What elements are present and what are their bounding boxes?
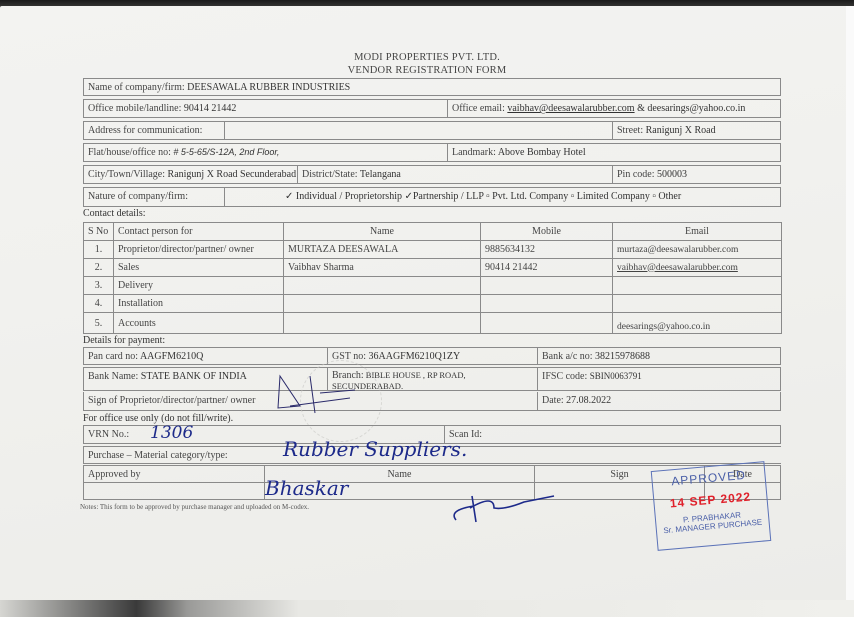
row-flat-landmark: Flat/house/office no: # 5-5-65/S-12A, 2n…	[83, 143, 781, 162]
cell-name: MURTAZA DEESAWALA	[284, 241, 481, 259]
proprietor-signature	[270, 368, 360, 418]
form-title: VENDOR REGISTRATION FORM	[0, 65, 854, 76]
cell-sno: 2.	[84, 259, 114, 277]
cell-role: Sales	[114, 259, 284, 277]
district-value: Telangana	[360, 169, 401, 180]
gst-field: GST no: 36AAGFM6210Q1ZY	[327, 348, 537, 364]
district-field: District/State: Telangana	[297, 166, 612, 183]
paper-edge	[846, 6, 854, 606]
name-col-label: Name	[388, 469, 412, 480]
cell-name	[284, 295, 481, 313]
ifsc-value: SBIN0063791	[590, 371, 642, 381]
row-address: Address for communication: Street: Ranig…	[83, 121, 781, 140]
landmark-value: Above Bombay Hotel	[498, 147, 586, 158]
company-name-field: Name of company/firm: DEESAWALA RUBBER I…	[84, 79, 780, 95]
row-mobile-email: Office mobile/landline: 90414 21442 Offi…	[83, 99, 781, 118]
company-name-value: DEESAWALA RUBBER INDUSTRIES	[187, 82, 350, 93]
address-label-cell: Address for communication:	[84, 122, 224, 139]
bank-name-value: STATE BANK OF INDIA	[141, 371, 247, 382]
approver-name-handwritten: Bhaskar	[265, 476, 348, 500]
office-mobile-value: 90414 21442	[184, 103, 237, 114]
ifsc-label: IFSC code:	[542, 371, 587, 382]
cell-mobile	[481, 313, 613, 334]
street-field: Street: Ranigunj X Road	[612, 122, 780, 139]
email-separator: &	[635, 103, 648, 114]
office-email-value-2[interactable]: deesarings@yahoo.co.in	[647, 103, 745, 114]
cell-name	[284, 277, 481, 295]
proprietor-sign-field: Sign of Proprietor/director/partner/ own…	[84, 392, 284, 410]
row-nature: Nature of company/firm: ✓ Individual / P…	[83, 187, 781, 207]
branch-value-1: BIBLE HOUSE , RP ROAD,	[366, 370, 466, 380]
office-email-value-1[interactable]: vaibhav@deesawalarubber.com	[507, 103, 634, 114]
col-email: Email	[613, 223, 782, 241]
scan-id-field: Scan Id:	[444, 426, 780, 443]
company-heading: MODI PROPERTIES PVT. LTD.	[0, 52, 854, 63]
district-label: District/State:	[302, 169, 358, 180]
nature-options[interactable]: ✓ Individual / Proprietorship ✓Partnersh…	[224, 188, 780, 206]
office-mobile-field: Office mobile/landline: 90414 21442	[84, 100, 447, 117]
contacts-table: S No Contact person for Name Mobile Emai…	[83, 222, 782, 334]
cell-email[interactable]: vaibhav@deesawalarubber.com	[613, 259, 782, 277]
street-label: Street:	[617, 125, 643, 136]
sign-col-label: Sign	[610, 469, 628, 480]
row-sign-date: Sign of Proprietor/director/partner/ own…	[83, 392, 781, 411]
flat-label: Flat/house/office no:	[88, 147, 171, 158]
city-label: City/Town/Village:	[88, 169, 165, 180]
row-company-name: Name of company/firm: DEESAWALA RUBBER I…	[83, 78, 781, 96]
contact-details-label: Contact details:	[83, 208, 146, 219]
payment-details-label: Details for payment:	[83, 335, 165, 346]
address-label: Address for communication:	[88, 125, 202, 136]
pan-value: AAGFM6210Q	[140, 351, 203, 362]
office-email-label: Office email:	[452, 103, 505, 114]
pan-field: Pan card no: AAGFM6210Q	[84, 348, 327, 364]
approver-signature	[444, 488, 564, 524]
flat-field: Flat/house/office no: # 5-5-65/S-12A, 2n…	[84, 144, 447, 161]
table-row: 2. Sales Vaibhav Sharma 90414 21442 vaib…	[84, 259, 782, 277]
approved-by-label: Approved by	[88, 469, 141, 480]
table-row: 5. Accounts deesarings@yahoo.co.in	[84, 313, 782, 334]
bank-ac-value: 38215978688	[595, 351, 650, 362]
cell-role: Installation	[114, 295, 284, 313]
city-field: City/Town/Village: Ranigunj X Road Secun…	[84, 166, 297, 183]
pin-field: Pin code: 500003	[612, 166, 780, 183]
table-row: 1. Proprietor/director/partner/ owner MU…	[84, 241, 782, 259]
date-field: Date: 27.08.2022	[537, 392, 780, 410]
cell-name: Vaibhav Sharma	[284, 259, 481, 277]
flat-value: # 5-5-65/S-12A, 2nd Floor,	[173, 147, 279, 157]
address-value-cell	[224, 122, 612, 139]
city-value: Ranigunj X Road Secunderabad	[168, 169, 297, 180]
landmark-field: Landmark: Above Bombay Hotel	[447, 144, 780, 161]
cell-role: Proprietor/director/partner/ owner	[114, 241, 284, 259]
office-mobile-label: Office mobile/landline:	[88, 103, 181, 114]
gst-value: 36AAGFM6210Q1ZY	[369, 351, 461, 362]
stamp-signatory: P. PRABHAKAR Sr. MANAGER PURCHASE	[656, 508, 769, 536]
nature-options-text: ✓ Individual / Proprietorship ✓Partnersh…	[285, 191, 681, 202]
cell-mobile: 9885634132	[481, 241, 613, 259]
date-label: Date:	[542, 395, 564, 406]
col-contact-for: Contact person for	[114, 223, 284, 241]
background-bottom	[0, 600, 854, 617]
cell-sno: 5.	[84, 313, 114, 334]
row-pan-gst-bank: Pan card no: AAGFM6210Q GST no: 36AAGFM6…	[83, 347, 781, 365]
pin-value: 500003	[657, 169, 687, 180]
cell-sno: 3.	[84, 277, 114, 295]
vrn-handwritten: 1306	[150, 423, 193, 443]
cell-role: Accounts	[114, 313, 284, 334]
col-name: Name	[284, 223, 481, 241]
bank-ac-field: Bank a/c no: 38215978688	[537, 348, 780, 364]
cell-mobile	[481, 277, 613, 295]
cell-role: Delivery	[114, 277, 284, 295]
cell-mobile	[481, 295, 613, 313]
contacts-header-row: S No Contact person for Name Mobile Emai…	[84, 223, 782, 241]
stamp-title: APPROVED	[652, 466, 765, 490]
approval-stamp: APPROVED 14 SEP 2022 P. PRABHAKAR Sr. MA…	[651, 461, 772, 551]
cell-name	[284, 313, 481, 334]
nature-label-cell: Nature of company/firm:	[84, 188, 224, 206]
date-value: 27.08.2022	[566, 395, 611, 406]
cell-email	[613, 295, 782, 313]
stamp-date: 14 SEP 2022	[654, 488, 767, 512]
approved-by-label-cell: Approved by	[84, 466, 264, 482]
col-sno: S No	[84, 223, 114, 241]
bank-ac-label: Bank a/c no:	[542, 351, 593, 362]
pin-label: Pin code:	[617, 169, 655, 180]
row-bank-branch-ifsc: Bank Name: STATE BANK OF INDIA Branch: B…	[83, 367, 781, 391]
cell-sno: 1.	[84, 241, 114, 259]
purchase-label: Purchase – Material category/type:	[88, 450, 228, 461]
ifsc-field: IFSC code: SBIN0063791	[537, 368, 780, 390]
proprietor-sign-label: Sign of Proprietor/director/partner/ own…	[88, 395, 255, 406]
cell-email[interactable]: deesarings@yahoo.co.in	[613, 313, 782, 334]
cell-mobile: 90414 21442	[481, 259, 613, 277]
bank-name-label: Bank Name:	[88, 371, 138, 382]
pan-label: Pan card no:	[88, 351, 138, 362]
vrn-label: VRN No.:	[88, 429, 129, 440]
landmark-label: Landmark:	[452, 147, 496, 158]
approved-empty-cell	[84, 482, 264, 499]
table-row: 4. Installation	[84, 295, 782, 313]
cell-sno: 4.	[84, 295, 114, 313]
cell-email	[613, 277, 782, 295]
table-row: 3. Delivery	[84, 277, 782, 295]
nature-label: Nature of company/firm:	[88, 191, 188, 202]
purchase-handwritten: Rubber Suppliers.	[283, 437, 467, 461]
office-email-field: Office email: vaibhav@deesawalarubber.co…	[447, 100, 780, 117]
cell-email[interactable]: murtaza@deesawalarubber.com	[613, 241, 782, 259]
street-value: Ranigunj X Road	[646, 125, 716, 136]
company-name-label: Name of company/firm:	[88, 82, 185, 93]
col-mobile: Mobile	[481, 223, 613, 241]
row-city-district-pin: City/Town/Village: Ranigunj X Road Secun…	[83, 165, 781, 184]
form-notes: Notes: This form to be approved by purch…	[80, 503, 309, 511]
